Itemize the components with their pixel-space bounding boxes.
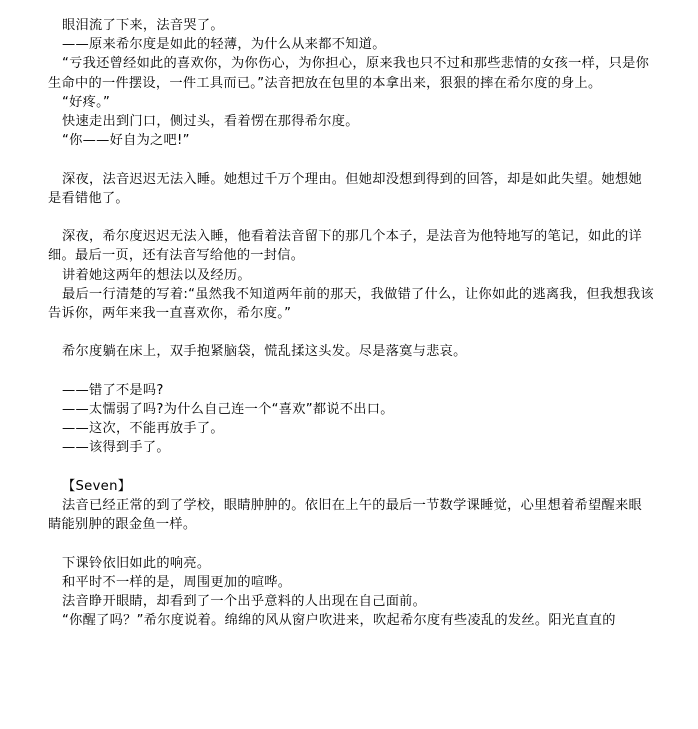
- paragraph: ——这次，不能再放手了。: [48, 419, 654, 438]
- paragraph: 深夜，希尔度迟迟无法入睡，他看着法音留下的那几个本子，是法音为他特地写的笔记，如…: [48, 227, 654, 265]
- paragraph: ——错了不是吗?: [48, 381, 654, 400]
- blank-line: [48, 208, 654, 227]
- blank-line: [48, 362, 654, 381]
- paragraph: ——太懦弱了吗?为什么自己连一个“喜欢”都说不出口。: [48, 400, 654, 419]
- paragraph: 希尔度躺在床上，双手抱紧脑袋，慌乱揉这头发。尽是落寞与悲哀。: [48, 342, 654, 361]
- blank-line: [48, 534, 654, 553]
- paragraph: “亏我还曾经如此的喜欢你，为你伤心，为你担心，原来我也只不过和那些悲情的女孩一样…: [48, 54, 654, 92]
- blank-line: [48, 323, 654, 342]
- paragraph: “你醒了吗？”希尔度说着。绵绵的风从窗户吹进来，吹起希尔度有些凌乱的发丝。阳光直…: [48, 611, 654, 630]
- paragraph: 法音已经正常的到了学校，眼睛肿肿的。依旧在上午的最后一节数学课睡觉，心里想着希望…: [48, 496, 654, 534]
- paragraph: “你——好自为之吧!”: [48, 131, 654, 150]
- paragraph: “好疼。”: [48, 93, 654, 112]
- paragraph: 眼泪流了下来，法音哭了。: [48, 16, 654, 35]
- document-page: 眼泪流了下来，法音哭了。——原来希尔度是如此的轻薄，为什么从来都不知道。“亏我还…: [48, 16, 654, 630]
- blank-line: [48, 458, 654, 477]
- paragraph: 最后一行清楚的写着:“虽然我不知道两年前的那天，我做错了什么，让你如此的逃离我，…: [48, 285, 654, 323]
- paragraph: ——该得到手了。: [48, 438, 654, 457]
- paragraph: ——原来希尔度是如此的轻薄，为什么从来都不知道。: [48, 35, 654, 54]
- blank-line: [48, 150, 654, 169]
- section-heading: 【Seven】: [48, 477, 654, 496]
- paragraph: 快速走出到门口，侧过头，看着愣在那得希尔度。: [48, 112, 654, 131]
- paragraph: 和平时不一样的是，周围更加的喧哗。: [48, 573, 654, 592]
- paragraph: 深夜，法音迟迟无法入睡。她想过千万个理由。但她却没想到得到的回答，却是如此失望。…: [48, 170, 654, 208]
- paragraph: 法音睁开眼睛，却看到了一个出乎意料的人出现在自己面前。: [48, 592, 654, 611]
- paragraph: 下课铃依旧如此的响亮。: [48, 554, 654, 573]
- paragraph: 讲着她这两年的想法以及经历。: [48, 266, 654, 285]
